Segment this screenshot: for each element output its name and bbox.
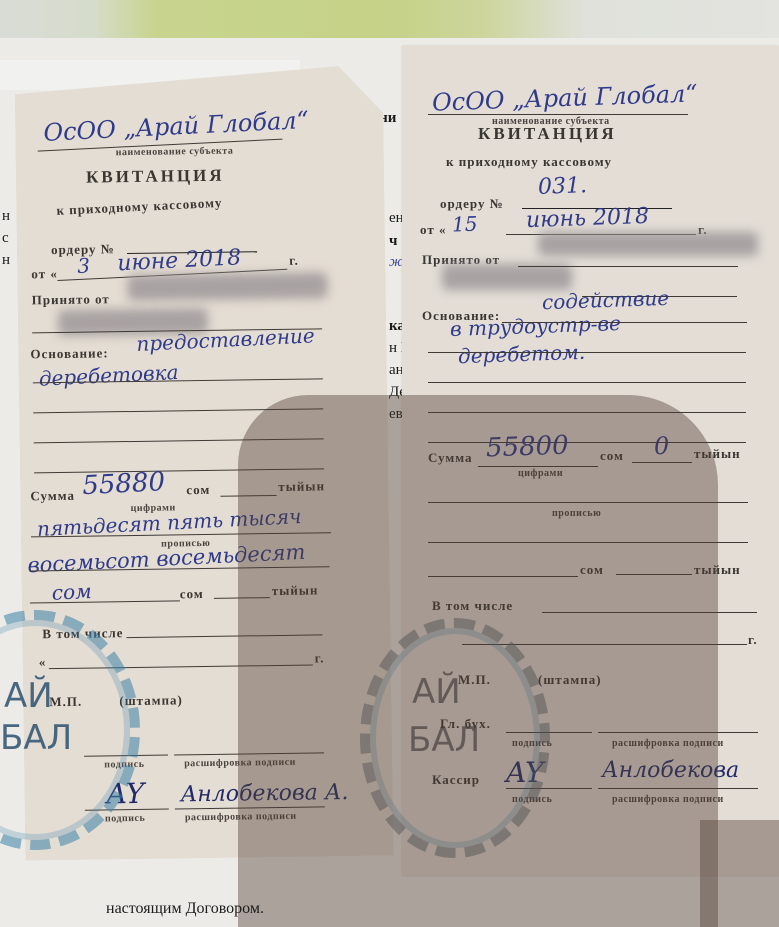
basis-value-2: в трудоустр-ве	[450, 311, 622, 341]
date-prefix: от «	[31, 266, 58, 282]
date-suffix: г.	[289, 253, 299, 269]
date-day: 3	[77, 253, 91, 278]
receipt-title: КВИТАНЦИЯ	[478, 124, 617, 144]
hand-shadow	[700, 820, 779, 927]
sum-label: Сумма	[30, 488, 75, 505]
hand-shadow	[238, 395, 718, 927]
basis-label: Основание:	[30, 345, 108, 362]
som-label: сом	[186, 482, 210, 498]
basis-value-3: деребетом.	[458, 340, 586, 368]
side-fragment: ж	[389, 254, 403, 271]
order-number: 031.	[538, 173, 588, 200]
entity-name: ОсОО „Арай Глобал“	[432, 79, 698, 116]
side-fragment: с	[2, 230, 9, 247]
entity-caption: наименование субъекта	[116, 146, 234, 159]
received-line	[518, 266, 738, 267]
date-day: 15	[452, 212, 478, 237]
received-label: Принято от	[32, 291, 110, 308]
signature-caption: подпись	[105, 813, 145, 825]
stamp-letters: АЙ	[4, 676, 53, 716]
order-label: ордеру №	[440, 196, 504, 212]
redacted-received-2	[442, 264, 572, 290]
receipt-subtitle: к приходному кассовому	[56, 195, 223, 219]
sum-value: 55880	[82, 467, 166, 501]
stamp-letters: БАЛ	[0, 718, 72, 758]
redacted-received	[127, 272, 327, 301]
receipt-title: КВИТАНЦИЯ	[86, 166, 225, 188]
underline	[428, 114, 688, 115]
side-fragment: н	[2, 208, 10, 225]
som-label-2: сом	[180, 586, 204, 602]
basis-value-1: содействие	[542, 286, 670, 314]
date-prefix: от «	[420, 222, 446, 238]
entity-name: ОсОО „Арай Глобал“	[43, 106, 310, 147]
basis-line	[428, 382, 746, 383]
date-month-year: июнь 2018	[526, 204, 650, 233]
basis-line	[428, 352, 746, 353]
redacted-received	[538, 232, 758, 256]
date2-suffix: г.	[748, 632, 758, 648]
basis-line	[502, 322, 747, 323]
side-fragment: н	[2, 252, 10, 269]
receipt-subtitle: к приходному кассовому	[446, 154, 612, 170]
contract-text: настоящим Договором.	[106, 900, 264, 918]
basis-value-2: деребетовка	[38, 360, 179, 391]
side-fragment: ч	[389, 233, 397, 250]
